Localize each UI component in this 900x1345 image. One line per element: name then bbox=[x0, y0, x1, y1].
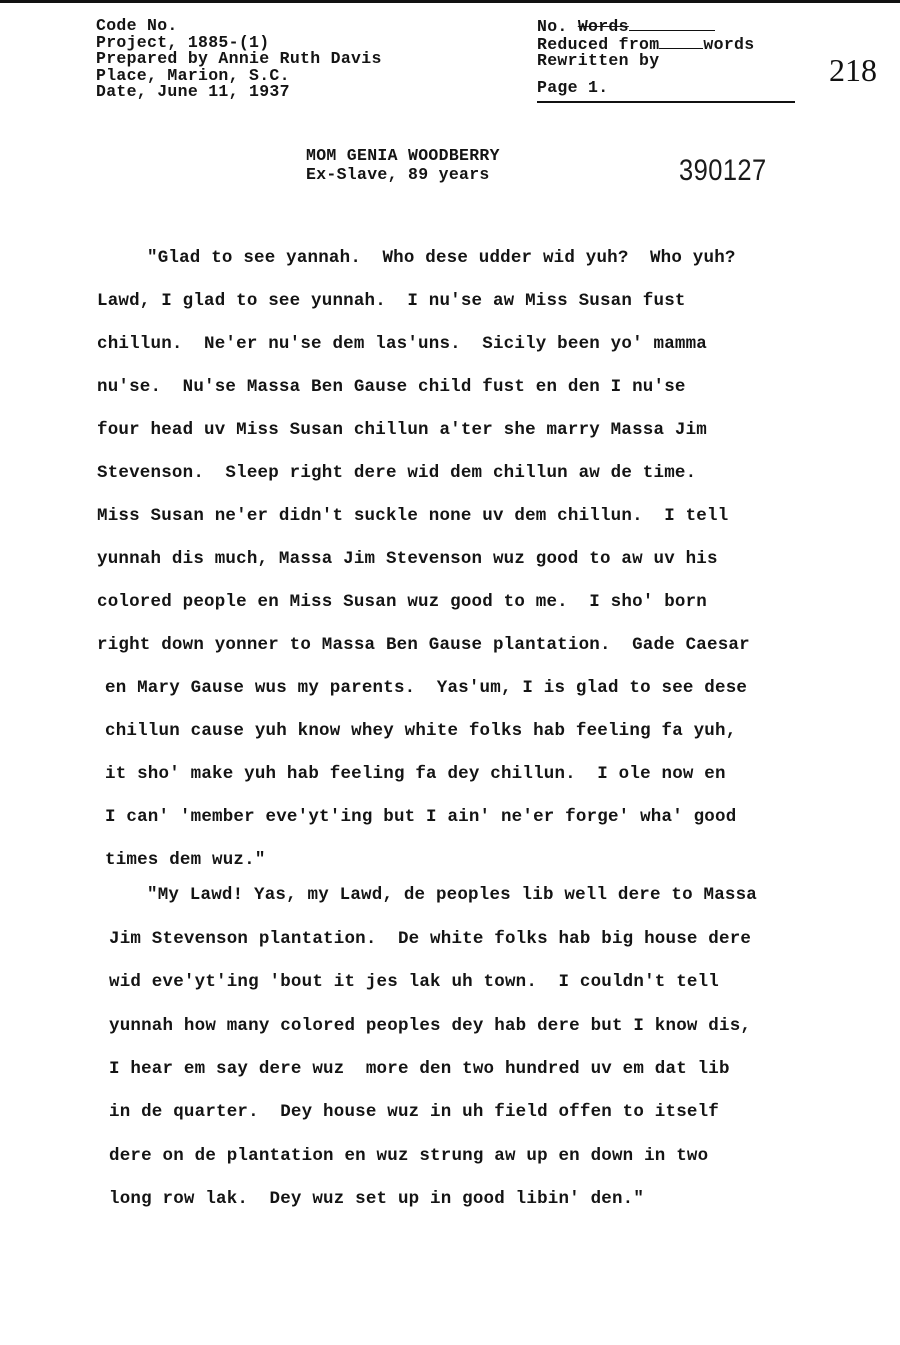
transcript-line: Lawd, I glad to see yunnah. I nu'se aw M… bbox=[97, 291, 686, 311]
no-words-field: No. Words bbox=[537, 18, 754, 36]
transcript-line: yunnah how many colored peoples dey hab … bbox=[109, 1016, 751, 1036]
transcript-line: right down yonner to Massa Ben Gause pla… bbox=[97, 635, 750, 655]
transcript-line: in de quarter. Dey house wuz in uh field… bbox=[109, 1102, 719, 1122]
transcript-line: I hear em say dere wuz more den two hund… bbox=[109, 1059, 730, 1079]
header-left-block: Code No. Project, 1885-(1) Prepared by A… bbox=[96, 18, 382, 101]
transcript-line: "My Lawd! Yas, my Lawd, de peoples lib w… bbox=[147, 885, 757, 905]
transcript-line: Miss Susan ne'er didn't suckle none uv d… bbox=[97, 506, 728, 526]
subject-block: MOM GENIA WOODBERRY Ex-Slave, 89 years bbox=[306, 146, 500, 184]
archive-stamp-number: 390127 bbox=[679, 154, 767, 188]
transcript-line: "Glad to see yannah. Who dese udder wid … bbox=[147, 248, 736, 268]
header-right-block: No. Words Reduced fromwords Rewritten by… bbox=[537, 18, 754, 96]
transcript-line: chillun. Ne'er nu'se dem las'uns. Sicily… bbox=[97, 334, 707, 354]
transcript-line: en Mary Gause wus my parents. Yas'um, I … bbox=[105, 678, 747, 698]
page-top-edge bbox=[0, 0, 900, 3]
transcript-line: Stevenson. Sleep right dere wid dem chil… bbox=[97, 463, 696, 483]
subject-name: MOM GENIA WOODBERRY bbox=[306, 146, 500, 165]
transcript-line: four head uv Miss Susan chillun a'ter sh… bbox=[97, 420, 707, 440]
transcript-line: I can' 'member eve'yt'ing but I ain' ne'… bbox=[105, 807, 736, 827]
transcript-line: it sho' make yuh hab feeling fa dey chil… bbox=[105, 764, 726, 784]
transcript-line: nu'se. Nu'se Massa Ben Gause child fust … bbox=[97, 377, 686, 397]
reduced-from-blank bbox=[659, 36, 703, 49]
reduced-words-label: words bbox=[703, 35, 754, 54]
page-label: Page 1. bbox=[537, 80, 754, 97]
transcript-line: wid eve'yt'ing 'bout it jes lak uh town.… bbox=[109, 972, 719, 992]
page-number: 218 bbox=[829, 52, 877, 89]
transcript-line: yunnah dis much, Massa Jim Stevenson wuz… bbox=[97, 549, 718, 569]
no-words-blank bbox=[629, 18, 715, 31]
words-struck: Words bbox=[578, 17, 629, 36]
transcript-line: Jim Stevenson plantation. De white folks… bbox=[109, 929, 751, 949]
subject-description: Ex-Slave, 89 years bbox=[306, 165, 500, 184]
transcript-line: times dem wuz." bbox=[105, 850, 266, 870]
rewritten-by-field: Rewritten by bbox=[537, 53, 754, 70]
header-rule bbox=[537, 101, 795, 103]
transcript-line: long row lak. Dey wuz set up in good lib… bbox=[109, 1189, 644, 1209]
date: Date, June 11, 1937 bbox=[96, 84, 382, 101]
transcript-line: colored people en Miss Susan wuz good to… bbox=[97, 592, 707, 612]
transcript-line: dere on de plantation en wuz strung aw u… bbox=[109, 1146, 708, 1166]
no-label: No. bbox=[537, 17, 568, 36]
transcript-line: chillun cause yuh know whey white folks … bbox=[105, 721, 736, 741]
